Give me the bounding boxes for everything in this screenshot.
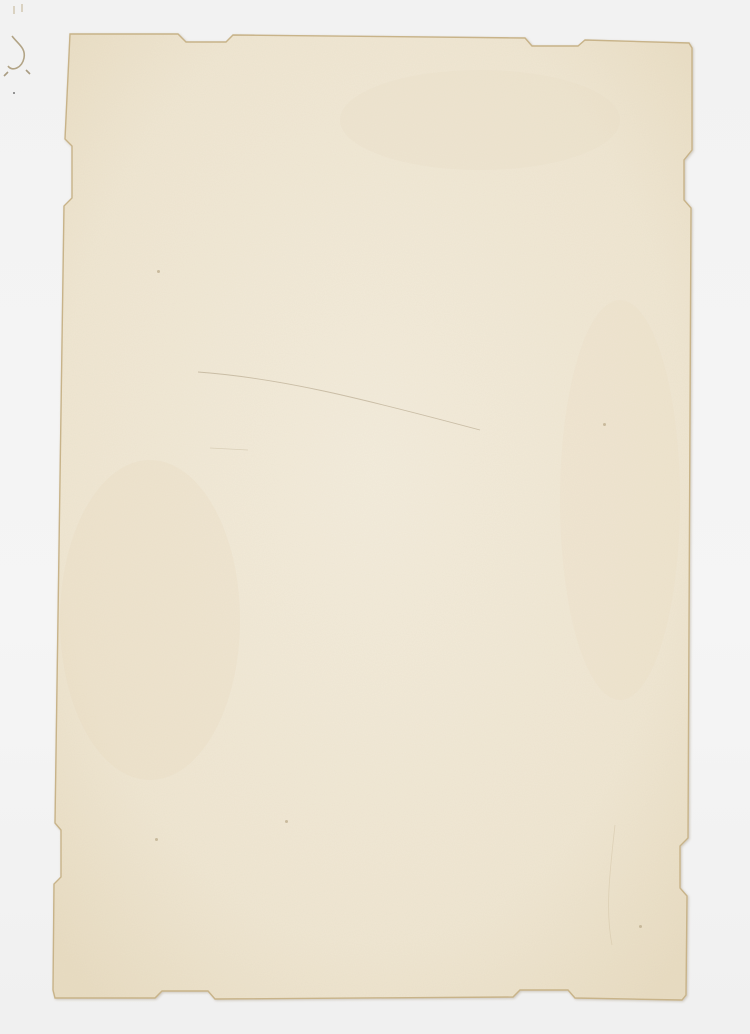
card-back bbox=[0, 0, 750, 1034]
card-shape bbox=[0, 0, 750, 1034]
paper-speck bbox=[285, 820, 288, 823]
handwritten-mark bbox=[0, 0, 36, 80]
paper-speck bbox=[603, 423, 606, 426]
paper-speck bbox=[157, 270, 160, 273]
scan-artifact bbox=[13, 92, 15, 94]
paper-speck bbox=[155, 838, 158, 841]
paper-speck bbox=[639, 925, 642, 928]
